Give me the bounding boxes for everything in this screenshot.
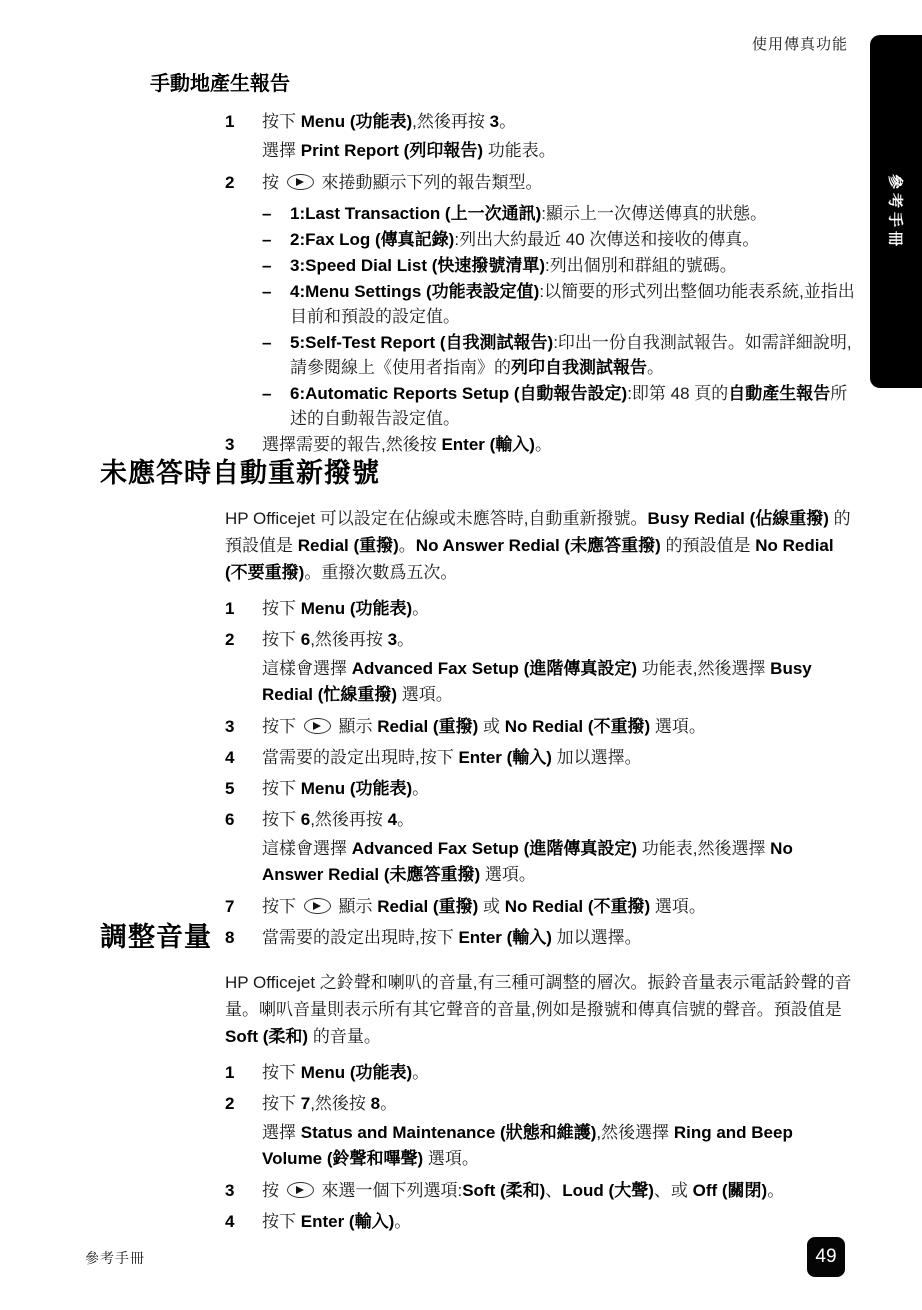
text-run: Enter (輸入) — [458, 748, 552, 767]
text-run: Menu (功能表) — [301, 599, 412, 618]
text-run: Soft (柔和) — [462, 1181, 545, 1200]
page-number-badge: 49 — [807, 1237, 845, 1277]
text-run: Busy Redial (佔線重撥) — [648, 509, 829, 528]
text-run: 。 — [535, 435, 552, 454]
page-number: 49 — [815, 1246, 836, 1268]
text-run: :顯示上一次傳送傳真的狀態。 — [541, 204, 767, 223]
chapter-tab-label: 參考手冊 — [886, 173, 907, 249]
text-run: No Redial (不重撥) — [505, 717, 650, 736]
bullet-text: 5:Self-Test Report (自我測試報告):印出一份自我測試報告。如… — [290, 330, 857, 380]
intro-paragraph: HP Officejet 可以設定在佔線或未應答時,自動重新撥號。Busy Re… — [225, 505, 857, 586]
text-run: 8 — [371, 1094, 380, 1113]
text-run: 3:Speed Dial List (快速撥號清單) — [290, 256, 545, 275]
step-text: 按下 Menu (功能表)。 — [262, 776, 857, 802]
step-item: 1按下 Menu (功能表)。 — [225, 596, 857, 622]
text-run: 的音量。 — [308, 1027, 381, 1046]
text-run: 。 — [499, 112, 516, 131]
step-text: 按下 6,然後再按 3。 — [262, 627, 857, 653]
right-arrow-glyph — [296, 178, 304, 186]
step-text: 按下 顯示 Redial (重撥) 或 No Redial (不重撥) 選項。 — [262, 714, 857, 740]
section-heading-auto-redial: 未應答時自動重新撥號 — [100, 456, 857, 490]
report-type-item: –5:Self-Test Report (自我測試報告):印出一份自我測試報告。… — [262, 330, 857, 380]
section-heading-adjust-volume: 調整音量 — [100, 920, 857, 954]
text-run: 按下 — [262, 1212, 301, 1231]
text-run: Enter (輸入) — [301, 1212, 395, 1231]
text-run: No Answer Redial (未應答重撥) — [416, 536, 661, 555]
scroll-right-button-icon — [287, 1182, 314, 1198]
step-text: 按下 Enter (輸入)。 — [262, 1209, 857, 1235]
text-run: 的預設值是 — [661, 536, 755, 555]
text-run: 加以選擇。 — [552, 748, 642, 767]
step-list: 1按下 Menu (功能表),然後再按 3。選擇 Print Report (列… — [225, 109, 857, 458]
step-item: 1按下 Menu (功能表)。 — [225, 1060, 857, 1086]
report-type-item: –3:Speed Dial List (快速撥號清單):列出個別和群組的號碼。 — [262, 253, 857, 278]
text-run: 自動產生報告 — [728, 384, 830, 403]
bullet-text: 1:Last Transaction (上一次通訊):顯示上一次傳送傳真的狀態。 — [290, 201, 857, 226]
text-run: Loud (大聲) — [562, 1181, 654, 1200]
report-type-item: –2:Fax Log (傳真記錄):列出大約最近 40 次傳送和接收的傳真。 — [262, 227, 857, 252]
step-number: 3 — [225, 1178, 262, 1204]
right-arrow-glyph — [313, 722, 321, 730]
step-text: 按下 Menu (功能表)。 — [262, 1060, 857, 1086]
step-number: 3 — [225, 714, 262, 740]
section-adjust-volume: 調整音量 HP Officejet 之鈴聲和喇叭的音量,有三種可調整的層次。振鈴… — [100, 920, 857, 1240]
text-run: 功能表。 — [483, 141, 556, 160]
text-run: Off (關閉) — [693, 1181, 768, 1200]
right-arrow-glyph — [313, 902, 321, 910]
text-run: Advanced Fax Setup (進階傳真設定) — [352, 839, 637, 858]
text-run: 選擇 — [262, 1123, 301, 1142]
text-run: 。重撥次數爲五次。 — [304, 563, 457, 582]
text-run: 按下 — [262, 717, 301, 736]
text-run: :列出個別和群組的號碼。 — [545, 256, 737, 275]
step-continuation: 選擇 Status and Maintenance (狀態和維護),然後選擇 R… — [262, 1120, 857, 1172]
chapter-tab: 參考手冊 — [870, 35, 922, 388]
text-run: Redial (重撥) — [377, 717, 478, 736]
step-text: 按下 6,然後再按 4。 — [262, 807, 857, 833]
text-run: 選項。 — [397, 685, 453, 704]
footer-booklet-title: 參考手冊 — [85, 1248, 145, 1268]
step-number: 5 — [225, 776, 262, 802]
text-run: 功能表,然後選擇 — [637, 839, 770, 858]
text-run: 按下 — [262, 599, 301, 618]
bullet-text: 4:Menu Settings (功能表設定值):以簡要的形式列出整個功能表系統… — [290, 279, 857, 329]
text-run: 這樣會選擇 — [262, 659, 352, 678]
intro-paragraph: HP Officejet 之鈴聲和喇叭的音量,有三種可調整的層次。振鈴音量表示電… — [225, 969, 857, 1050]
page-header-title: 使用傳真功能 — [752, 33, 848, 54]
step-item: 3按下 顯示 Redial (重撥) 或 No Redial (不重撥) 選項。 — [225, 714, 857, 740]
bullet-dash: – — [262, 330, 290, 380]
step-item: 4按下 Enter (輸入)。 — [225, 1209, 857, 1235]
step-item: 4當需要的設定出現時,按下 Enter (輸入) 加以選擇。 — [225, 745, 857, 771]
step-number: 1 — [225, 109, 262, 135]
text-run: Redial (重撥) — [298, 536, 399, 555]
step-text: 按下 Menu (功能表),然後再按 3。 — [262, 109, 857, 135]
step-list: 1按下 Menu (功能表)。2按下 7,然後按 8。選擇 Status and… — [225, 1060, 857, 1235]
text-run: Status and Maintenance (狀態和維護) — [301, 1123, 597, 1142]
text-run: ,然後再按 — [310, 810, 387, 829]
text-run: 。 — [397, 810, 414, 829]
step-item: 2按下 6,然後再按 3。 — [225, 627, 857, 653]
step-continuation: 選擇 Print Report (列印報告) 功能表。 — [262, 138, 857, 164]
text-run: 。 — [412, 779, 429, 798]
text-run: 5:Self-Test Report (自我測試報告) — [290, 333, 553, 352]
step-number: 6 — [225, 807, 262, 833]
text-run: 來選一個下列選項: — [317, 1181, 462, 1200]
report-type-item: –6:Automatic Reports Setup (自動報告設定):即第 4… — [262, 381, 857, 431]
text-run: 按 — [262, 173, 284, 192]
text-run: 3 — [490, 112, 499, 131]
text-run: 選擇 — [262, 141, 301, 160]
text-run: 選項。 — [650, 717, 706, 736]
text-run: 來捲動顯示下列的報告類型。 — [317, 173, 543, 192]
text-run: Soft (柔和) — [225, 1027, 308, 1046]
text-run: 顯示 — [334, 717, 377, 736]
text-run: Menu (功能表) — [301, 112, 412, 131]
text-run: 4:Menu Settings (功能表設定值) — [290, 282, 539, 301]
step-number: 2 — [225, 170, 262, 196]
report-type-item: –4:Menu Settings (功能表設定值):以簡要的形式列出整個功能表系… — [262, 279, 857, 329]
text-run: 選項。 — [650, 897, 706, 916]
text-run: ,然後再按 — [412, 112, 489, 131]
step-item: 7按下 顯示 Redial (重撥) 或 No Redial (不重撥) 選項。 — [225, 894, 857, 920]
step-number: 4 — [225, 745, 262, 771]
text-run: 按下 — [262, 112, 301, 131]
text-run: ,然後按 — [310, 1094, 370, 1113]
step-number: 2 — [225, 1091, 262, 1117]
bullet-dash: – — [262, 227, 290, 252]
step-number: 4 — [225, 1209, 262, 1235]
step-item: 5按下 Menu (功能表)。 — [225, 776, 857, 802]
step-text: 當需要的設定出現時,按下 Enter (輸入) 加以選擇。 — [262, 745, 857, 771]
step-item: 3選擇需要的報告,然後按 Enter (輸入)。 — [225, 432, 857, 458]
step-item: 6按下 6,然後再按 4。 — [225, 807, 857, 833]
section-heading-manual-reports: 手動地產生報告 — [150, 72, 857, 96]
bullet-dash: – — [262, 279, 290, 329]
text-run: 、 — [545, 1181, 562, 1200]
step-text: 選擇需要的報告,然後按 Enter (輸入)。 — [262, 432, 857, 458]
bullet-text: 6:Automatic Reports Setup (自動報告設定):即第 48… — [290, 381, 857, 431]
text-run: Advanced Fax Setup (進階傳真設定) — [352, 659, 637, 678]
text-run: ,然後再按 — [310, 630, 387, 649]
text-run: 1:Last Transaction (上一次通訊) — [290, 204, 541, 223]
text-run: Enter (輸入) — [441, 435, 535, 454]
text-run: 。 — [647, 358, 664, 377]
bullet-text: 2:Fax Log (傳真記錄):列出大約最近 40 次傳送和接收的傳真。 — [290, 227, 857, 252]
text-run: 、或 — [654, 1181, 693, 1200]
step-continuation: 這樣會選擇 Advanced Fax Setup (進階傳真設定) 功能表,然後… — [262, 656, 857, 708]
text-run: 6:Automatic Reports Setup (自動報告設定) — [290, 384, 627, 403]
text-run: 按 — [262, 1181, 284, 1200]
step-text: 按下 顯示 Redial (重撥) 或 No Redial (不重撥) 選項。 — [262, 894, 857, 920]
text-run: 按下 — [262, 1063, 301, 1082]
text-run: Redial (重撥) — [377, 897, 478, 916]
text-run: 按下 — [262, 810, 301, 829]
text-run: 當需要的設定出現時,按下 — [262, 748, 458, 767]
text-run: 選項。 — [423, 1149, 479, 1168]
text-run: 6 — [301, 810, 310, 829]
step-text: 按 來選一個下列選項:Soft (柔和)、Loud (大聲)、或 Off (關閉… — [262, 1178, 857, 1204]
text-run: 或 — [478, 897, 504, 916]
step-number: 1 — [225, 596, 262, 622]
section-manual-reports: 手動地產生報告 1按下 Menu (功能表),然後再按 3。選擇 Print R… — [100, 72, 857, 463]
text-run: 這樣會選擇 — [262, 839, 352, 858]
text-run: 按下 — [262, 779, 301, 798]
text-run: 按下 — [262, 897, 301, 916]
text-run: 或 — [478, 717, 504, 736]
section-auto-redial: 未應答時自動重新撥號 HP Officejet 可以設定在佔線或未應答時,自動重… — [100, 456, 857, 956]
text-run: 3 — [388, 630, 397, 649]
text-run: Menu (功能表) — [301, 779, 412, 798]
text-run: 。 — [767, 1181, 784, 1200]
bullet-dash: – — [262, 381, 290, 431]
text-run: 。 — [397, 630, 414, 649]
step-text: 按 來捲動顯示下列的報告類型。 — [262, 170, 857, 196]
text-run: 。 — [412, 1063, 429, 1082]
text-run: 。 — [399, 536, 416, 555]
text-run: 顯示 — [334, 897, 377, 916]
step-continuation: 這樣會選擇 Advanced Fax Setup (進階傳真設定) 功能表,然後… — [262, 836, 857, 888]
text-run: :列出大約最近 40 次傳送和接收的傳真。 — [454, 230, 759, 249]
text-run: 按下 — [262, 1094, 301, 1113]
step-item: 2按下 7,然後按 8。 — [225, 1091, 857, 1117]
scroll-right-button-icon — [287, 174, 314, 190]
text-run: HP Officejet 可以設定在佔線或未應答時,自動重新撥號。 — [225, 509, 648, 528]
step-number: 7 — [225, 894, 262, 920]
text-run: 功能表,然後選擇 — [637, 659, 770, 678]
text-run: 。 — [412, 599, 429, 618]
step-item: 3按 來選一個下列選項:Soft (柔和)、Loud (大聲)、或 Off (關… — [225, 1178, 857, 1204]
text-run: 選擇需要的報告,然後按 — [262, 435, 441, 454]
text-run: HP Officejet 之鈴聲和喇叭的音量,有三種可調整的層次。振鈴音量表示電… — [225, 973, 852, 1019]
step-item: 1按下 Menu (功能表),然後再按 3。 — [225, 109, 857, 135]
report-type-item: –1:Last Transaction (上一次通訊):顯示上一次傳送傳真的狀態… — [262, 201, 857, 226]
bullet-text: 3:Speed Dial List (快速撥號清單):列出個別和群組的號碼。 — [290, 253, 857, 278]
text-run: 7 — [301, 1094, 310, 1113]
text-run: 。 — [394, 1212, 411, 1231]
step-number: 2 — [225, 627, 262, 653]
text-run: 。 — [380, 1094, 397, 1113]
text-run: 選項。 — [480, 865, 536, 884]
step-number: 3 — [225, 432, 262, 458]
text-run: :即第 48 頁的 — [627, 384, 728, 403]
right-arrow-glyph — [296, 1186, 304, 1194]
step-list: 1按下 Menu (功能表)。2按下 6,然後再按 3。這樣會選擇 Advanc… — [225, 596, 857, 951]
bullet-dash: – — [262, 201, 290, 226]
text-run: ,然後選擇 — [596, 1123, 673, 1142]
scroll-right-button-icon — [304, 898, 331, 914]
text-run: 按下 — [262, 630, 301, 649]
step-item: 2按 來捲動顯示下列的報告類型。 — [225, 170, 857, 196]
text-run: 2:Fax Log (傳真記錄) — [290, 230, 454, 249]
text-run: 列印自我測試報告 — [511, 358, 647, 377]
text-run: 4 — [388, 810, 397, 829]
step-text: 按下 7,然後按 8。 — [262, 1091, 857, 1117]
text-run: Menu (功能表) — [301, 1063, 412, 1082]
text-run: No Redial (不重撥) — [505, 897, 650, 916]
step-text: 按下 Menu (功能表)。 — [262, 596, 857, 622]
step-number: 1 — [225, 1060, 262, 1086]
text-run: 6 — [301, 630, 310, 649]
scroll-right-button-icon — [304, 718, 331, 734]
bullet-dash: – — [262, 253, 290, 278]
manual-page: 使用傳真功能 參考手冊 手動地產生報告 1按下 Menu (功能表),然後再按 … — [0, 0, 922, 1310]
text-run: Print Report (列印報告) — [301, 141, 483, 160]
